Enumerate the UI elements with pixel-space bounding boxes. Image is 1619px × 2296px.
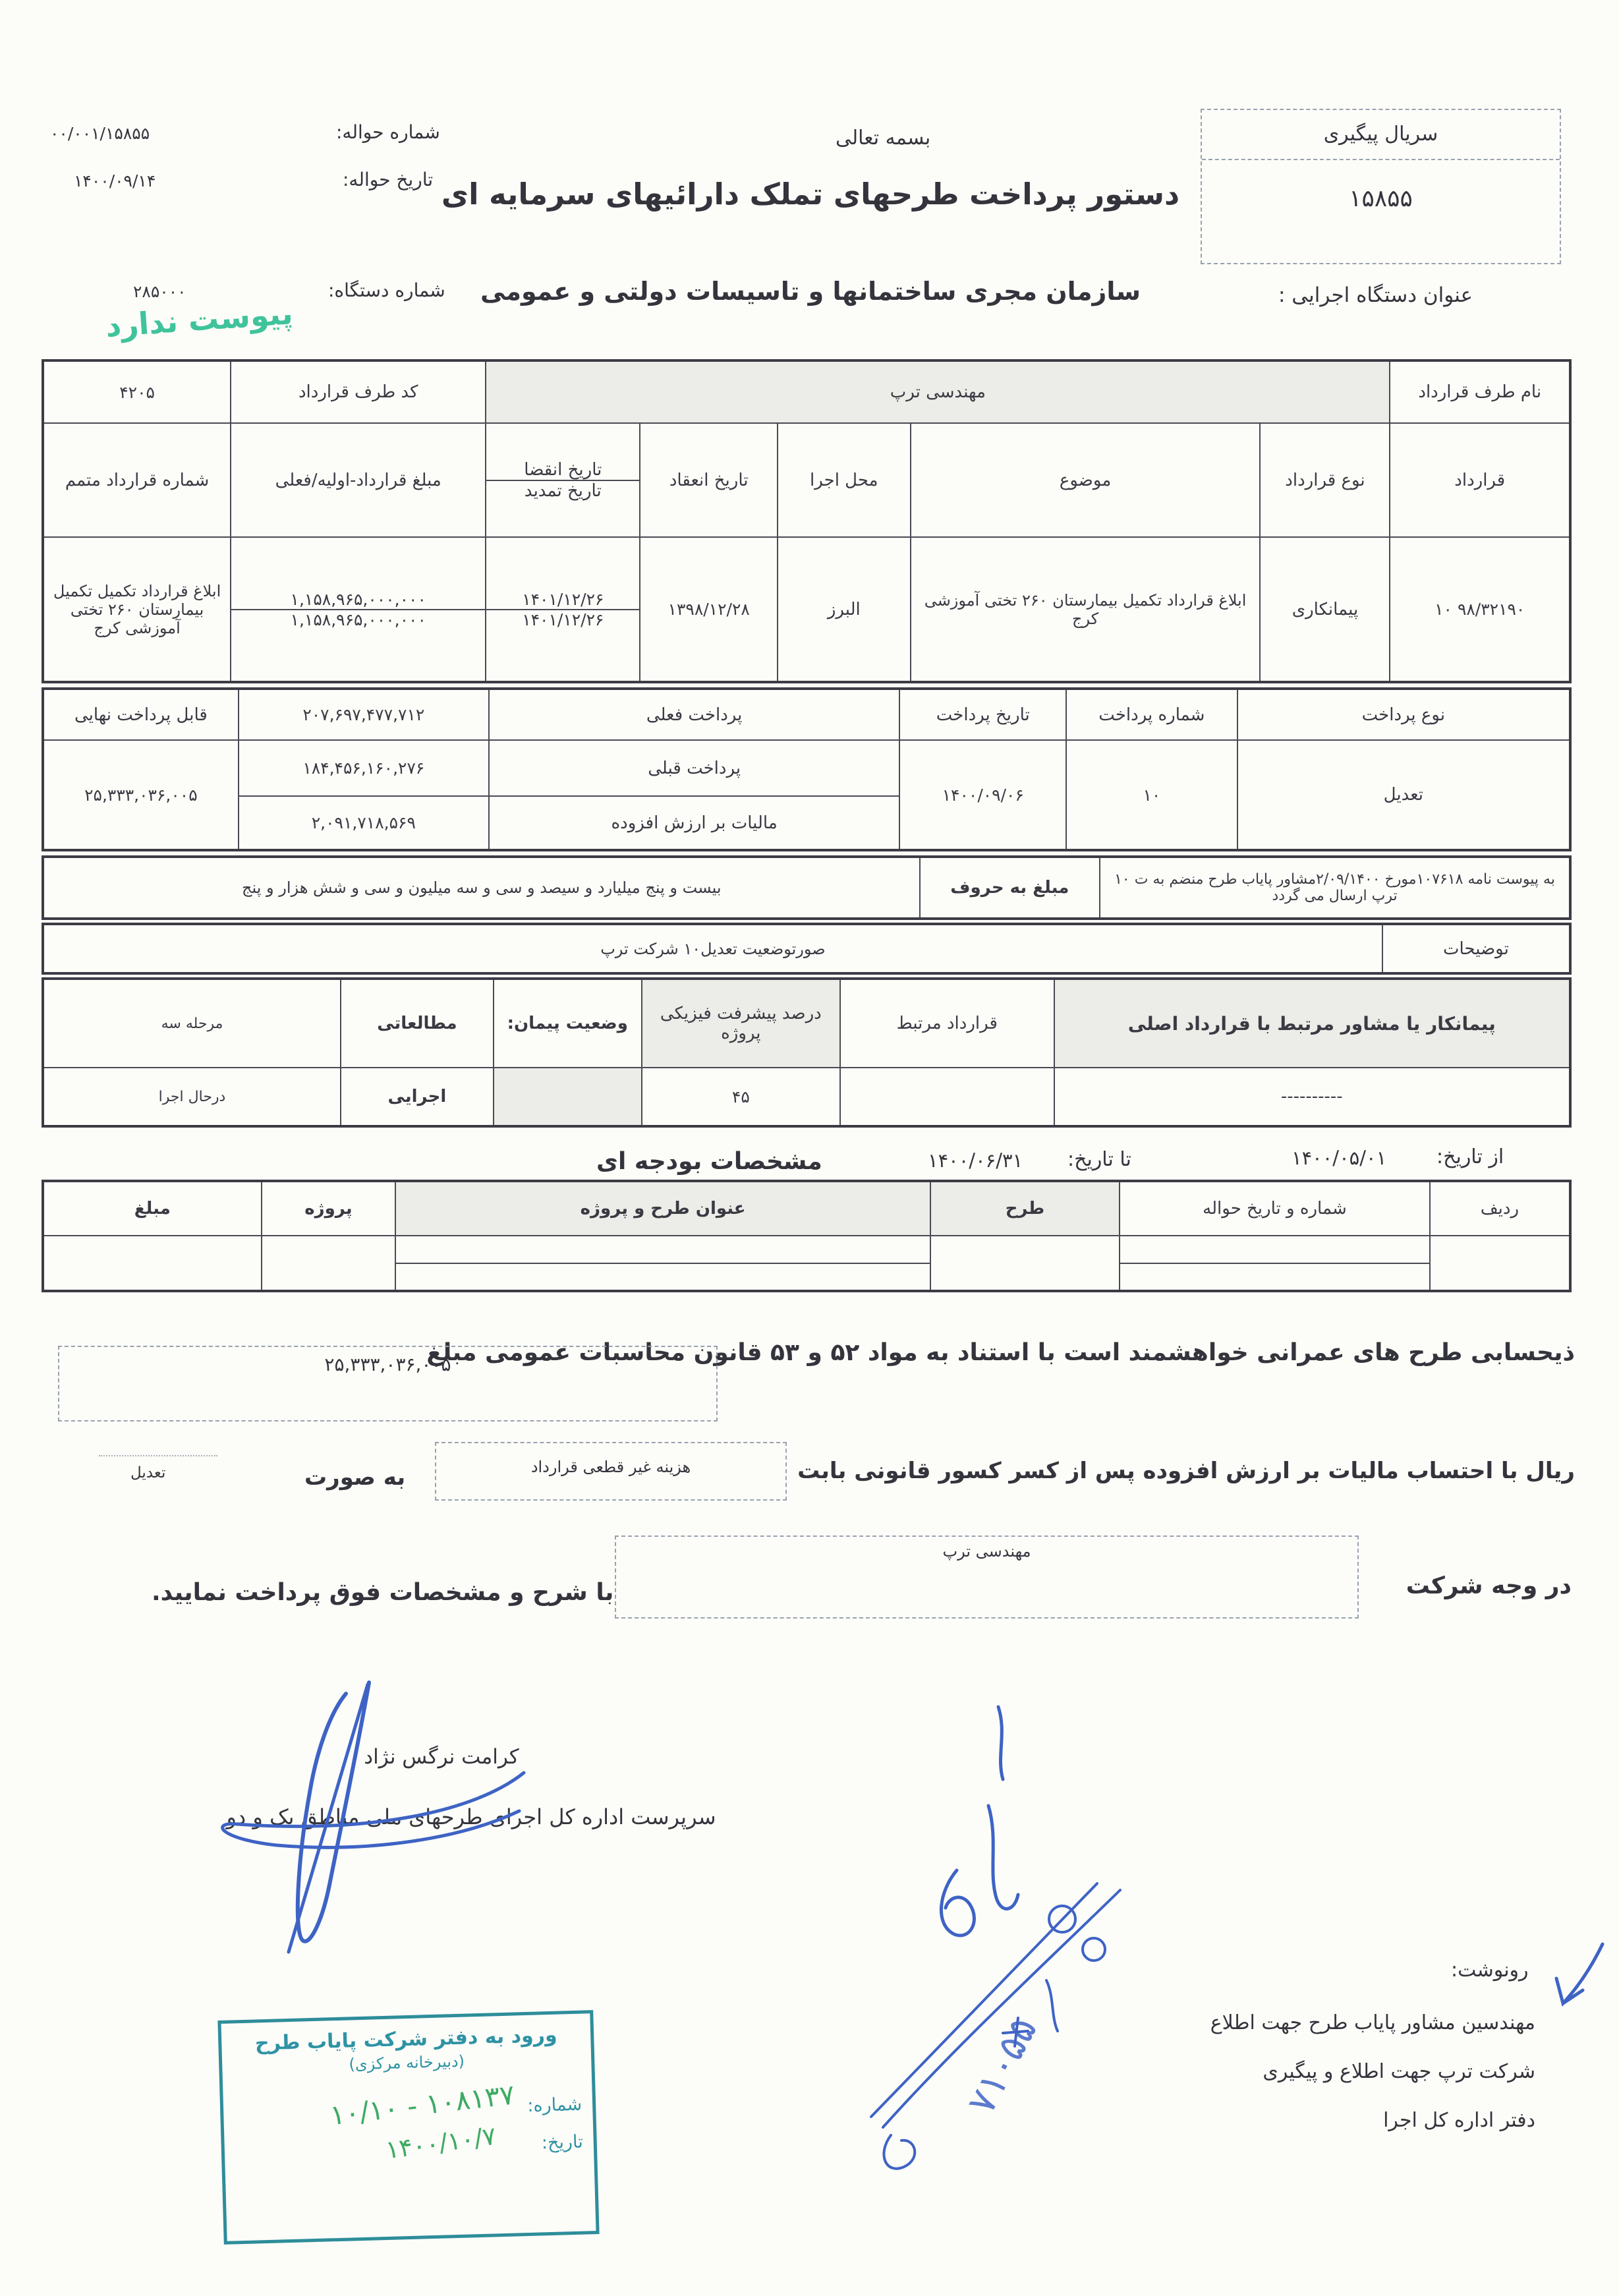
col-payment-no: شماره پرداخت: [1066, 689, 1237, 740]
budget-section-title: مشخصات بودجه ای: [596, 1148, 822, 1175]
col-sign-date: تاریخ انعقاد: [640, 423, 778, 537]
budget-remit-cell-top: [1120, 1263, 1429, 1264]
scanned-payment-order-document: سریال پیگیری ۱۵۸۵۵ بسمه تعالی دستور پردا…: [0, 0, 1619, 2296]
col-subject: موضوع: [911, 423, 1261, 537]
long-diagonal-1: [883, 1890, 1120, 2127]
adjustment-underline: [99, 1455, 217, 1456]
copies-item-1: مهندسین مشاور پایاب طرح جهت اطلاع: [1210, 2011, 1535, 2034]
request-amount-box: ۲۵,۳۳۳,۰۳۶,۰۰۵: [58, 1346, 718, 1421]
from-date-label: از تاریخ:: [1436, 1145, 1504, 1168]
vat-label: مالیات بر ارزش افزوده: [489, 796, 900, 850]
stamp-date-handwritten: ۱۴۰۰/۱۰/۷: [384, 2121, 498, 2165]
cost-type-box: هزینه غیر قطعی قرارداد: [435, 1442, 787, 1501]
amount-words-value: بیست و پنج میلیارد و سیصد و سی و سه میلی…: [43, 857, 920, 919]
remittance-date-value: ۱۴۰۰/۰۹/۱۴: [74, 171, 156, 190]
col-plan: طرح: [930, 1181, 1120, 1236]
scribble-3: [1046, 1980, 1058, 2031]
contract-amount-initial: ۱,۱۵۸,۹۶۵,۰۰۰,۰۰۰: [231, 590, 485, 610]
remittance-no-value: ۰۰/۰۰۱/۱۵۸۵۵: [50, 124, 150, 143]
payee-value: مهندسی ترپ: [616, 1537, 1357, 1561]
serial-tracking-label: سریال پیگیری: [1202, 110, 1560, 160]
col-related-contract: قرارداد مرتبط: [840, 979, 1054, 1068]
pact-status-value: [494, 1068, 642, 1126]
request-line2: ریال با احتساب مالیات بر ارزش افزوده پس …: [797, 1458, 1575, 1484]
current-payment-value: ۲۰۷,۶۹۷,۴۷۷,۷۱۲: [239, 689, 489, 740]
contract-supplement-value: ابلاغ قرارداد تکمیل تکمیل بیمارستان ۲۶۰ …: [43, 537, 231, 682]
final-payable-value: ۲۵,۳۳۳,۰۳۶,۰۰۵: [43, 740, 239, 850]
col-payment-type: نوع پرداخت: [1237, 689, 1570, 740]
handwritten-attachment-note: پیوست ندارد: [104, 295, 294, 344]
col-project: پروژه: [262, 1181, 396, 1236]
col-contract-amount: مبلغ قرارداد-اولیه/فعلی: [231, 423, 486, 537]
col-phase-three: مرحله سه: [43, 979, 341, 1068]
col-remit-no-date: شماره و تاریخ حواله: [1120, 1181, 1430, 1236]
remittance-no-label: شماره حواله:: [336, 121, 440, 143]
payment-type-value: تعدیل: [1237, 740, 1570, 850]
col-expiry-date: تاریخ انقضا: [486, 460, 639, 481]
contract-location-value: البرز: [778, 537, 911, 682]
previous-payment-label: پرداخت قبلی: [489, 740, 900, 796]
col-physical-progress: درصد پیشرفت فیزیکی پروژه: [642, 979, 840, 1068]
col-contract: قرارداد: [1390, 423, 1570, 537]
col-location: محل اجرا: [778, 423, 911, 537]
contract-subject-value: ابلاغ قرارداد تکمیل بیمارستان ۲۶۰ تختی آ…: [911, 537, 1261, 682]
scribble-4: [1003, 2018, 1028, 2046]
bottom-curl: [884, 2135, 915, 2169]
col-plan-project-title: عنوان طرح و پروژه: [395, 1181, 930, 1236]
scribble-circle-1: [1049, 1906, 1075, 1932]
request-closing: با شرح و مشخصات فوق پرداخت نمایید.: [152, 1579, 613, 1606]
payment-no-value: ۱۰: [1066, 740, 1237, 850]
contract-sign-date-value: ۱۳۹۸/۱۲/۲۸: [640, 537, 778, 682]
budget-title-cell-top: [396, 1263, 929, 1264]
serial-tracking-box: سریال پیگیری ۱۵۸۵۵: [1201, 109, 1561, 264]
device-no-value: ۲۸۵۰۰۰: [133, 282, 186, 301]
stamp-no-label: شماره:: [527, 2094, 582, 2116]
contract-table: نام طرف قرارداد مهندسی ترپ کد طرف قراردا…: [42, 359, 1572, 683]
be-surat-label: به صورت: [304, 1464, 405, 1491]
request-amount-value: ۲۵,۳۳۳,۰۳۶,۰۰۵: [59, 1347, 716, 1375]
col-payment-date: تاریخ پرداخت: [899, 689, 1066, 740]
signer-name: کرامت نرگس نژاد: [316, 1745, 567, 1769]
contract-amount-current: ۱,۱۵۸,۹۶۵,۰۰۰,۰۰۰: [231, 610, 485, 629]
stamp-date-label: تاریخ:: [541, 2132, 583, 2154]
contract-type-value: پیمانکاری: [1260, 537, 1390, 682]
copies-item-2: شرکت ترپ جهت اطلاع و پیگیری: [1263, 2060, 1535, 2083]
notes-row: توضیحات صورتوضعیت تعدیل۱۰ شرکت ترپ: [42, 923, 1572, 975]
notes-value: صورتوضعیت تعدیل۱۰ شرکت ترپ: [43, 924, 1382, 973]
col-row-no: ردیف: [1430, 1181, 1570, 1236]
phase-value: درحال اجرا: [43, 1068, 341, 1126]
scribble-circle-2: [1083, 1938, 1105, 1961]
amount-words-row: به پیوست نامه ۱۰۷۶۱۸مورخ ۲/۰۹/۱۴۰۰مشاور …: [42, 855, 1572, 920]
adjustment-value: تعدیل: [130, 1464, 165, 1481]
col-related-contractor: پیمانکار یا مشاور مرتبط با قرارداد اصلی: [1054, 979, 1570, 1068]
payee-label: در وجه شرکت: [1406, 1572, 1572, 1599]
copies-item-3: دفتر اداره کل اجرا: [1383, 2109, 1535, 2132]
related-contractor-value: ----------: [1054, 1068, 1570, 1126]
remittance-date-label: تاریخ حواله:: [343, 169, 433, 190]
entry-stamp: ورود به دفتر شرکت پایاب طرح (دبیرخانه مر…: [217, 2010, 599, 2245]
contract-party-code-label: کد طرف قرارداد: [231, 360, 486, 423]
device-no-label: شماره دستگاه:: [328, 279, 445, 301]
col-amount: مبلغ: [43, 1181, 262, 1236]
scribble-1: [998, 1707, 1003, 1779]
col-contract-type: نوع قرارداد: [1260, 423, 1390, 537]
document-title: دستور پرداخت طرحهای تملک دارائیهای سرمای…: [382, 177, 1239, 212]
vat-value: ۲,۰۹۱,۷۱۸,۵۶۹: [239, 796, 489, 850]
final-payable-label: قابل پرداخت نهایی: [43, 689, 239, 740]
contract-party-code-value: ۴۲۰۵: [43, 360, 231, 423]
amount-words-label: مبلغ به حروف: [920, 857, 1100, 919]
cost-type-value: هزینه غیر قطعی قرارداد: [436, 1443, 785, 1476]
contract-party-value: مهندسی ترپ: [486, 360, 1390, 423]
study-value: اجرایی: [341, 1068, 494, 1126]
contract-extension-value: ۱۴۰۱/۱۲/۲۶: [486, 610, 639, 629]
to-date-label: تا تاریخ:: [1067, 1148, 1131, 1171]
col-supplement-no: شماره قرارداد متمم: [43, 423, 231, 537]
col-study: مطالعاتی: [341, 979, 494, 1068]
current-payment-label: پرداخت فعلی: [489, 689, 900, 740]
scribble-loop: [941, 1870, 974, 1936]
attachment-letter-note: به پیوست نامه ۱۰۷۶۱۸مورخ ۲/۰۹/۱۴۰۰مشاور …: [1100, 857, 1570, 919]
payment-date-value: ۱۴۰۰/۰۹/۰۶: [899, 740, 1066, 850]
contract-expiry-value: ۱۴۰۱/۱۲/۲۶: [486, 590, 639, 610]
scribble-2: [988, 1806, 1018, 1909]
related-contract-table: پیمانکار یا مشاور مرتبط با قرارداد اصلی …: [42, 977, 1572, 1128]
budget-row-no-cell: [1430, 1236, 1570, 1291]
payee-box: مهندسی ترپ: [615, 1535, 1359, 1619]
contract-number: ۹۸/۳۲۱۹۰ ۱۰: [1390, 537, 1570, 682]
long-diagonal-2: [871, 1883, 1097, 2117]
col-extension-date: تاریخ تمدید: [486, 481, 639, 501]
notes-label: توضیحات: [1382, 924, 1570, 973]
budget-amount-cell: [43, 1236, 262, 1291]
handwritten-number: ۷۱۰۵۵: [958, 2010, 1046, 2121]
budget-table: ردیف شماره و تاریخ حواله طرح عنوان طرح و…: [42, 1180, 1572, 1292]
serial-tracking-value: ۱۵۸۵۵: [1202, 160, 1560, 212]
physical-progress-value: ۴۵: [642, 1068, 840, 1126]
copies-label: رونوشت:: [1451, 1959, 1529, 1982]
org-name: سازمان مجری ساختمانها و تاسیسات دولتی و …: [448, 277, 1173, 306]
contract-party-label: نام طرف قرارداد: [1390, 360, 1570, 423]
payment-table: نوع پرداخت شماره پرداخت تاریخ پرداخت پرد…: [42, 687, 1572, 851]
to-date-value: ۱۴۰۰/۰۶/۳۱: [928, 1149, 1023, 1172]
related-contract-value: [840, 1068, 1054, 1126]
from-date-value: ۱۴۰۰/۰۵/۰۱: [1292, 1147, 1386, 1169]
check-arrow: [1556, 1944, 1603, 2003]
signer-title: سرپرست اداره کل اجرای طرحهای ملی مناطق ی…: [211, 1804, 731, 1829]
budget-project-cell: [262, 1236, 396, 1291]
budget-plan-cell: [930, 1236, 1120, 1291]
col-pact-status: وضعیت پیمان:: [494, 979, 642, 1068]
basmala: بسمه تعالی: [836, 127, 930, 150]
agency-label: عنوان دستگاه اجرایی :: [1278, 283, 1473, 307]
previous-payment-value: ۱۸۴,۴۵۶,۱۶۰,۲۷۶: [239, 740, 489, 796]
